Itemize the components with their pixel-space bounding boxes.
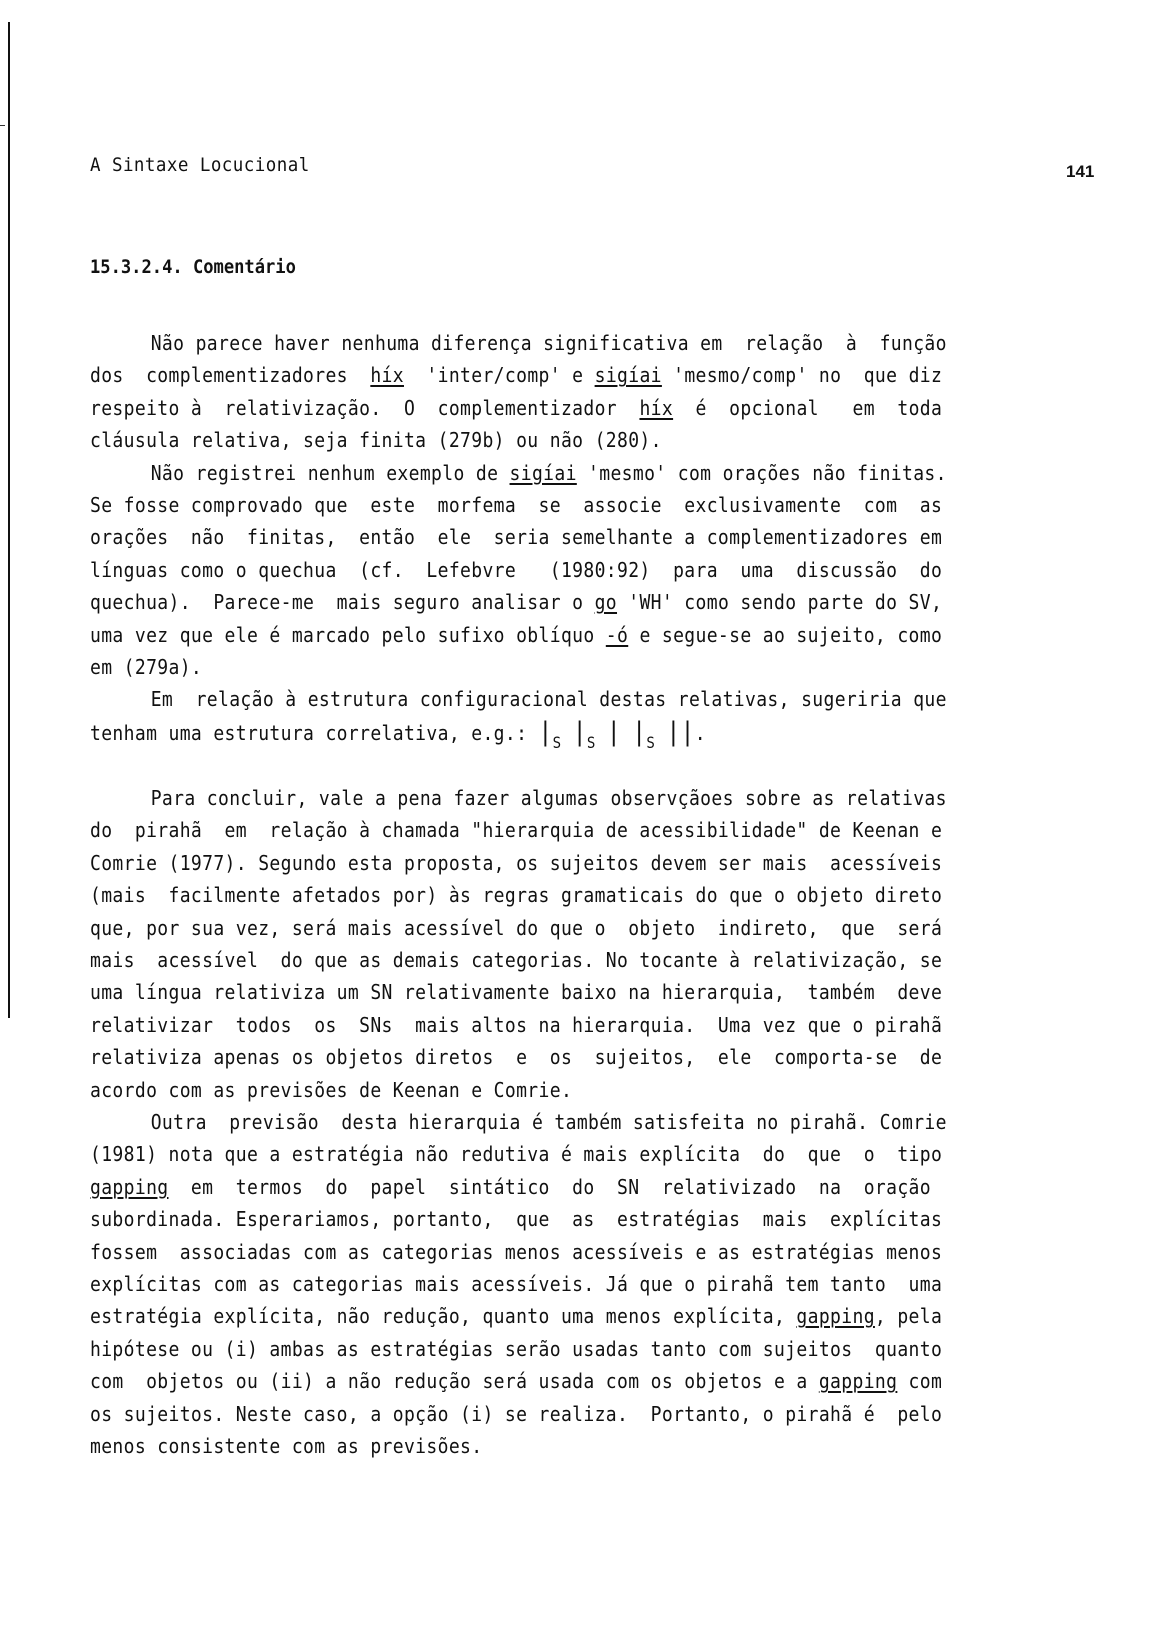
text-line: os sujeitos. Neste caso, a opção (i) se …: [90, 1398, 961, 1430]
page-scan-edge-mark: [0, 125, 5, 126]
underlined-term: sigíai: [595, 363, 662, 387]
underlined-term: gapping: [819, 1369, 897, 1393]
bracket-bar: |: [573, 717, 587, 747]
text-line: mais acessível do que as demais categori…: [90, 944, 961, 976]
text-line: Para concluir, vale a pena fazer algumas…: [90, 782, 961, 814]
underlined-term: híx: [370, 363, 404, 387]
text-line: cláusula relativa, seja finita (279b) ou…: [90, 424, 961, 456]
text-line: Se fosse comprovado que este morfema se …: [90, 489, 961, 521]
page-number: 141: [1066, 162, 1094, 182]
text-line: tenham uma estrutura correlativa, e.g.: …: [90, 716, 961, 748]
text-line: subordinada. Esperariamos, portanto, que…: [90, 1203, 961, 1235]
text-line: Não registrei nenhum exemplo de sigíai '…: [90, 457, 961, 489]
text-line: hipótese ou (i) ambas as estratégias ser…: [90, 1333, 961, 1365]
bracket-bar: |: [607, 717, 621, 747]
underlined-term: -ó: [606, 623, 628, 647]
text-line: Em relação à estrutura configuracional d…: [90, 683, 961, 715]
paragraph: Em relação à estrutura configuracional d…: [90, 683, 1080, 748]
paragraph: Não parece haver nenhuma diferença signi…: [90, 327, 1080, 457]
underlined-term: sigíai: [510, 461, 577, 485]
bracket-subscript: S: [646, 733, 655, 752]
underlined-term: híx: [639, 396, 673, 420]
bracket-bar: ||: [666, 717, 694, 747]
underlined-term: gapping: [90, 1175, 168, 1199]
underlined-term: go: [595, 590, 617, 614]
text-line: estratégia explícita, não redução, quant…: [90, 1300, 961, 1332]
text-line: Comrie (1977). Segundo esta proposta, os…: [90, 847, 961, 879]
text-line: quechua). Parece-me mais seguro analisar…: [90, 586, 961, 618]
text-line: explícitas com as categorias mais acessí…: [90, 1268, 961, 1300]
paragraph: Para concluir, vale a pena fazer algumas…: [90, 782, 1080, 1106]
running-head: A Sintaxe Locucional: [90, 154, 310, 176]
text-line: uma vez que ele é marcado pelo sufixo ob…: [90, 619, 961, 651]
text-line: menos consistente com as previsões.: [90, 1430, 961, 1462]
text-line: orações não finitas, então ele seria sem…: [90, 521, 961, 553]
text-line: Outra previsão desta hierarquia é também…: [90, 1106, 961, 1138]
text-line: Não parece haver nenhuma diferença signi…: [90, 327, 961, 359]
text-line: acordo com as previsões de Keenan e Comr…: [90, 1074, 961, 1106]
text-line: línguas como o quechua (cf. Lefebvre (19…: [90, 554, 961, 586]
text-line: com objetos ou (ii) a não redução será u…: [90, 1365, 961, 1397]
text-line: em (279a).: [90, 651, 961, 683]
paragraph: Não registrei nenhum exemplo de sigíai '…: [90, 457, 1080, 684]
bracket-bar: |: [632, 717, 646, 747]
text-line: relativizar todos os SNs mais altos na h…: [90, 1009, 961, 1041]
text-line: respeito à relativização. O complementiz…: [90, 392, 961, 424]
text-line: uma língua relativiza um SN relativament…: [90, 976, 961, 1008]
text-line: (1981) nota que a estratégia não redutiv…: [90, 1138, 961, 1170]
paragraph: Outra previsão desta hierarquia é também…: [90, 1106, 1080, 1462]
text-line: gapping em termos do papel sintático do …: [90, 1171, 961, 1203]
text-line: dos complementizadores híx 'inter/comp' …: [90, 359, 961, 391]
text-line: fossem associadas com as categorias meno…: [90, 1236, 961, 1268]
text-line: que, por sua vez, será mais acessível do…: [90, 912, 961, 944]
text-line: relativiza apenas os objetos diretos e o…: [90, 1041, 961, 1073]
page-scan-edge-line: [8, 22, 10, 1018]
bracket-subscript: S: [587, 733, 596, 752]
paragraph-gap: [90, 748, 1080, 782]
text-line: (mais facilmente afetados por) às regras…: [90, 879, 961, 911]
bracket-bar: |: [539, 717, 553, 747]
bracket-subscript: S: [553, 733, 562, 752]
underlined-term: gapping: [796, 1304, 874, 1328]
section-heading: 15.3.2.4. Comentário: [90, 256, 296, 278]
body-text: Não parece haver nenhuma diferença signi…: [90, 327, 1080, 1462]
text-line: do pirahã em relação à chamada "hierarqu…: [90, 814, 961, 846]
